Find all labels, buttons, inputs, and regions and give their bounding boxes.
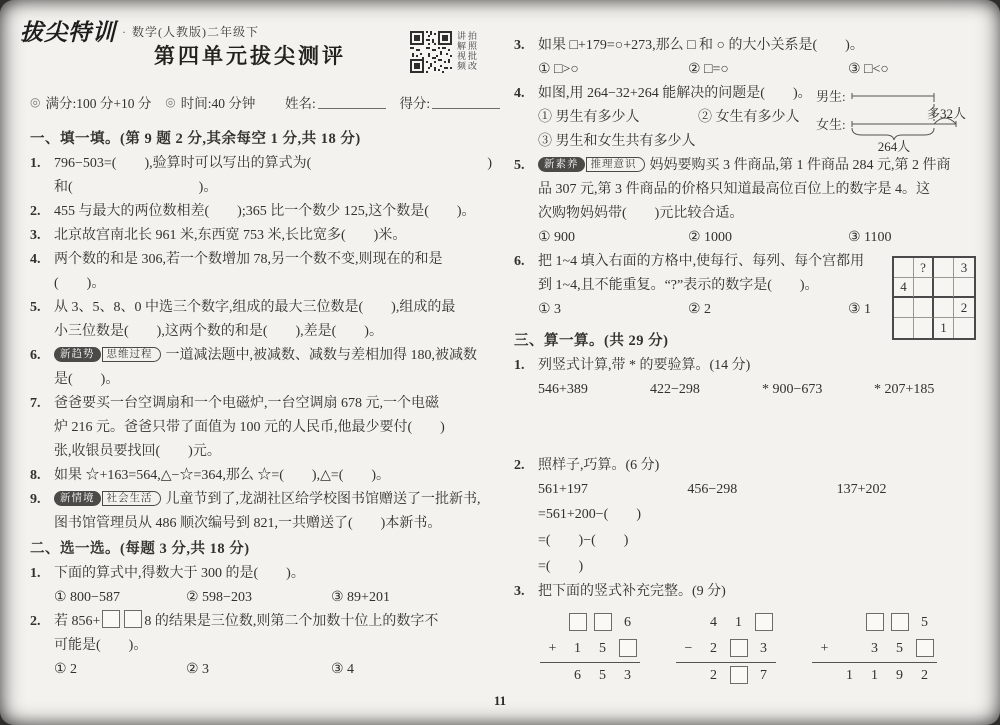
question-text: 如果 □+179=○+273,那么 □ 和 ○ 的大小关系是( )。: [538, 34, 986, 58]
sudoku-cell: ?: [914, 258, 934, 278]
digit-cell: 7: [751, 668, 776, 684]
digit-cell: 3: [615, 668, 640, 684]
expression: 137+202: [837, 478, 986, 502]
total-264-label: 264人: [878, 139, 911, 154]
qr-captions: 拍照批改 讲解视频: [455, 31, 477, 73]
sudoku-cell: [914, 318, 934, 338]
digit-cell: 2: [701, 668, 726, 684]
question-number: 6.: [30, 344, 54, 368]
question-text: 妈妈要购买 3 件商品,第 1 件商品 284 元,第 2 件商: [650, 158, 951, 173]
blank-box: [615, 636, 640, 662]
section-2-heading: 二、选一选。(每题 3 分,共 18 分): [30, 536, 492, 562]
test-paper-page: 拔尖特训·数学(人教版)二年级下 第四单元拔尖测评: [0, 0, 1000, 725]
question-line: 3. 如果 □+179=○+273,那么 □ 和 ○ 的大小关系是( )。: [514, 34, 986, 58]
right-column: 3. 如果 □+179=○+273,那么 □ 和 ○ 的大小关系是( )。 ① …: [514, 34, 986, 689]
option-3: ③ □<○: [848, 58, 889, 82]
girls-label: 女生:: [816, 117, 846, 132]
option-2: ② 3: [186, 658, 331, 682]
expression: 561+197: [538, 478, 687, 502]
question-number: 1.: [514, 354, 538, 378]
question-text: 儿童节到了,龙湖社区给学校图书馆赠送了一批新书,: [166, 492, 481, 507]
question-text: 下面的算式中,得数大于 300 的是( )。: [54, 562, 492, 586]
sudoku-cell: [894, 318, 914, 338]
blank-box: [862, 610, 887, 636]
vertical-computation: 5+351192: [812, 610, 937, 689]
question-text: 8 的结果是三位数,则第二个加数十位上的数字不: [144, 614, 438, 629]
boys-label: 男生:: [816, 89, 846, 104]
question-line: 1. 796−503=( ),验算时可以写出的算式为( ): [30, 152, 492, 176]
digit-cell: 3: [751, 641, 776, 657]
sudoku-cell: 3: [954, 258, 974, 278]
question-number: 1.: [30, 152, 54, 176]
blank-box: [887, 610, 912, 636]
digit-cell: 3: [862, 641, 887, 657]
question-line: 1. 列竖式计算,带 * 的要验算。(14 分): [514, 354, 986, 378]
question-line: ( )。: [30, 272, 492, 296]
option-2: ② 598−203: [186, 586, 331, 610]
worked-step: =( ): [514, 554, 986, 580]
question-line: 小三位数是( ),这两个数的和是( ),差是( )。: [30, 320, 492, 344]
blank-box: [590, 610, 615, 636]
question-line: 次购物妈妈带( )元比较合适。: [514, 202, 986, 226]
digit-cell: 5: [590, 641, 615, 657]
sudoku-cell: 4: [894, 278, 914, 298]
option-1: ① □>○: [538, 58, 688, 82]
question-number: 3.: [30, 224, 54, 248]
badge-social-life: 社会生活: [102, 491, 161, 506]
question-number: 7.: [30, 392, 54, 416]
option-1: ① 900: [538, 226, 688, 250]
digit-cell: 1: [862, 668, 887, 684]
question-line: 2. 若 856+8 的结果是三位数,则第二个加数十位上的数字不: [30, 610, 492, 634]
options-row: ① □>○ ② □=○ ③ □<○: [514, 58, 986, 82]
vertical-computations: 6+1565341−23275+351192: [514, 610, 986, 689]
question-line: 炉 216 元。爸爸只带了面值为 100 元的人民币,他最少要付( ): [30, 416, 492, 440]
badge-new-literacy: 新素养: [538, 157, 585, 172]
option-3: ③ 1: [848, 298, 871, 322]
question-line: 8. 如果 ☆+163=564,△−☆=364,那么 ☆=( ),△=( )。: [30, 464, 492, 488]
boys-girls-bar-diagram: 男生: 女生: 多32人 264人: [814, 86, 986, 156]
digit-cell: 6: [565, 668, 590, 684]
question-text: 从 3、5、8、0 中选三个数字,组成的最大三位数是( ),组成的最: [54, 296, 492, 320]
logo-separator-dot: ·: [122, 25, 126, 39]
question-line: 5. 从 3、5、8、0 中选三个数字,组成的最大三位数是( ),组成的最: [30, 296, 492, 320]
section-1-heading: 一、填一填。(第 9 题 2 分,其余每空 1 分,共 18 分): [30, 126, 492, 152]
digit-cell: +: [812, 641, 837, 657]
option-3: ③ 89+201: [331, 586, 390, 610]
bullet-ring-icon: ◎: [165, 95, 175, 110]
expression: 456−298: [687, 478, 836, 502]
worked-step: =( )−( ): [514, 528, 986, 554]
blank-box: [565, 610, 590, 636]
question-line: 4. 两个数的和是 306,若一个数增加 78,另一个数不变,则现在的和是: [30, 248, 492, 272]
question-line: 品 307 元,第 3 件商品的价格只知道最高位百位上的数字是 4。这: [514, 178, 986, 202]
question-number: 5.: [30, 296, 54, 320]
question-text: 爸爸要买一台空调扇和一个电磁炉,一台空调扇 678 元,一个电磁: [54, 392, 492, 416]
question-line: 图书馆管理员从 486 顺次编号到 821,一共赠送了( )本新书。: [30, 512, 492, 536]
question-number: 2.: [514, 454, 538, 478]
meta-row: ◎ 满分:100 分+10 分 ◎ 时间:40 分钟 姓名: 得分:: [30, 92, 500, 112]
question-text: 照样子,巧算。(6 分): [538, 454, 986, 478]
question-text: 一道减法题中,被减数、减数与差相加得 180,被减数: [166, 348, 478, 363]
question-line: 5. 新素养推理意识妈妈要购买 3 件商品,第 1 件商品 284 元,第 2 …: [514, 154, 986, 178]
question-text: 北京故宫南北长 961 米,东西宽 753 米,长比宽多( )米。: [54, 224, 492, 248]
badge-thinking-process: 思维过程: [102, 347, 161, 362]
blank-box: [751, 610, 776, 636]
work-space: [514, 402, 986, 454]
digit-cell: 9: [887, 668, 912, 684]
option-3: ③ 4: [331, 658, 354, 682]
digit-cell: 1: [726, 615, 751, 631]
worked-step: =561+200−( ): [514, 502, 986, 528]
options-row: ① 900 ② 1000 ③ 1100: [514, 226, 986, 250]
question-line: 3. 把下面的竖式补充完整。(9 分): [514, 580, 986, 604]
digit-cell: 5: [590, 668, 615, 684]
sudoku-cell: [934, 278, 954, 298]
sudoku-grid: ?3421: [892, 256, 976, 340]
sudoku-cell: [934, 258, 954, 278]
option-2: ② □=○: [688, 58, 848, 82]
question-text: 455 与最大的两位数相差( );365 比一个数少 125,这个数是( )。: [54, 200, 492, 224]
question-line: 2. 455 与最大的两位数相差( );365 比一个数少 125,这个数是( …: [30, 200, 492, 224]
expression: * 207+185: [874, 378, 986, 402]
expressions-row: 546+389 422−298 * 900−673 * 207+185: [514, 378, 986, 402]
option-3: ③ 1100: [848, 226, 892, 250]
question-number: 8.: [30, 464, 54, 488]
bullet-ring-icon: ◎: [30, 95, 40, 110]
question-number: 1.: [30, 562, 54, 586]
page-title: 第四单元拔尖测评: [30, 40, 470, 70]
question-number: 2.: [30, 200, 54, 224]
blank-box: [726, 636, 751, 662]
question-text: 把下面的竖式补充完整。(9 分): [538, 580, 986, 604]
question-number: 9.: [30, 488, 54, 512]
question-line: 是( )。: [30, 368, 492, 392]
badge-new-context: 新情境: [54, 491, 101, 506]
qr-block: 拍照批改 讲解视频: [410, 31, 477, 73]
question-number: 4.: [514, 82, 538, 106]
question-number: 2.: [30, 610, 54, 634]
digit-cell: −: [676, 641, 701, 657]
question-number: 4.: [30, 248, 54, 272]
option-1: ① 男生有多少人: [538, 106, 698, 130]
expression: * 900−673: [762, 378, 874, 402]
question-line: 张,收银员要找回( )元。: [30, 440, 492, 464]
blank-box: [102, 610, 120, 628]
more-32-label: 多32人: [927, 106, 966, 121]
name-blank-line: [318, 95, 386, 109]
expression: 546+389: [538, 378, 650, 402]
badge-reasoning-awareness: 推理意识: [586, 157, 645, 172]
qr-code-icon: [410, 31, 452, 73]
score-label: 得分:: [399, 92, 430, 112]
options-row: ① 2 ② 3 ③ 4: [30, 658, 492, 682]
blank-box: [726, 663, 751, 689]
left-column: 一、填一填。(第 9 题 2 分,其余每空 1 分,共 18 分) 1. 796…: [30, 126, 492, 682]
expressions-row: 561+197 456−298 137+202: [514, 478, 986, 502]
logo-subtitle: 数学(人教版)二年级下: [132, 25, 259, 39]
option-2: ② 女生有多少人: [698, 106, 800, 130]
question-number: 3.: [514, 580, 538, 604]
option-2: ② 2: [688, 298, 848, 322]
full-score-label: 满分:100 分+10 分: [45, 92, 151, 112]
digit-cell: 6: [615, 615, 640, 631]
question-text: 796−503=( ),验算时可以写出的算式为(: [54, 152, 311, 176]
digit-cell: 4: [701, 615, 726, 631]
question-line: 7. 爸爸要买一台空调扇和一个电磁炉,一台空调扇 678 元,一个电磁: [30, 392, 492, 416]
question-line: 9. 新情境社会生活儿童节到了,龙湖社区给学校图书馆赠送了一批新书,: [30, 488, 492, 512]
question-line: 2. 照样子,巧算。(6 分): [514, 454, 986, 478]
qr-caption-photo-grading: 拍照批改: [467, 31, 477, 71]
digit-cell: 2: [912, 668, 937, 684]
question-text: ): [487, 152, 492, 176]
vertical-computation: 6+15653: [540, 610, 640, 689]
blank-box: [124, 610, 142, 628]
digit-cell: 5: [887, 641, 912, 657]
question-number: 3.: [514, 34, 538, 58]
page-number: 11: [0, 693, 1000, 709]
question-text: 列竖式计算,带 * 的要验算。(14 分): [538, 354, 986, 378]
badge-new-trend: 新趋势: [54, 347, 101, 362]
digit-cell: 1: [565, 641, 590, 657]
vertical-computation: 41−2327: [676, 610, 776, 689]
expression: 422−298: [650, 378, 762, 402]
question-line: 6. 新趋势思维过程一道减法题中,被减数、减数与差相加得 180,被减数: [30, 344, 492, 368]
sudoku-cell: [954, 318, 974, 338]
option-1: ① 800−587: [54, 586, 186, 610]
digit-cell: +: [540, 641, 565, 657]
option-2: ② 1000: [688, 226, 848, 250]
sudoku-cell: 2: [954, 298, 974, 318]
question-line: 可能是( )。: [30, 634, 492, 658]
question-text: 若 856+: [54, 614, 100, 629]
question-text: 两个数的和是 306,若一个数增加 78,另一个数不变,则现在的和是: [54, 248, 492, 272]
question-text: 如果 ☆+163=564,△−☆=364,那么 ☆=( ),△=( )。: [54, 464, 492, 488]
sudoku-cell: [914, 278, 934, 298]
digit-cell: 2: [701, 641, 726, 657]
option-1: ① 2: [54, 658, 186, 682]
question-line: 和( )。: [30, 176, 492, 200]
sudoku-cell: [894, 258, 914, 278]
sudoku-cell: [914, 298, 934, 318]
question-number: 5.: [514, 154, 538, 178]
sudoku-cell: [934, 298, 954, 318]
sudoku-cell: 1: [934, 318, 954, 338]
digit-cell: 5: [912, 615, 937, 631]
question-line: 1. 下面的算式中,得数大于 300 的是( )。: [30, 562, 492, 586]
sudoku-cell: [954, 278, 974, 298]
time-label: 时间:40 分钟: [181, 92, 256, 112]
name-label: 姓名:: [285, 92, 316, 112]
digit-cell: 1: [837, 668, 862, 684]
score-blank-line: [432, 95, 500, 109]
option-1: ① 3: [538, 298, 688, 322]
question-number: 6.: [514, 250, 538, 274]
blank-box: [912, 636, 937, 662]
sudoku-cell: [894, 298, 914, 318]
qr-caption-video-explain: 讲解视频: [456, 31, 466, 71]
question-line: 3. 北京故宫南北长 961 米,东西宽 753 米,长比宽多( )米。: [30, 224, 492, 248]
options-row: ① 800−587 ② 598−203 ③ 89+201: [30, 586, 492, 610]
